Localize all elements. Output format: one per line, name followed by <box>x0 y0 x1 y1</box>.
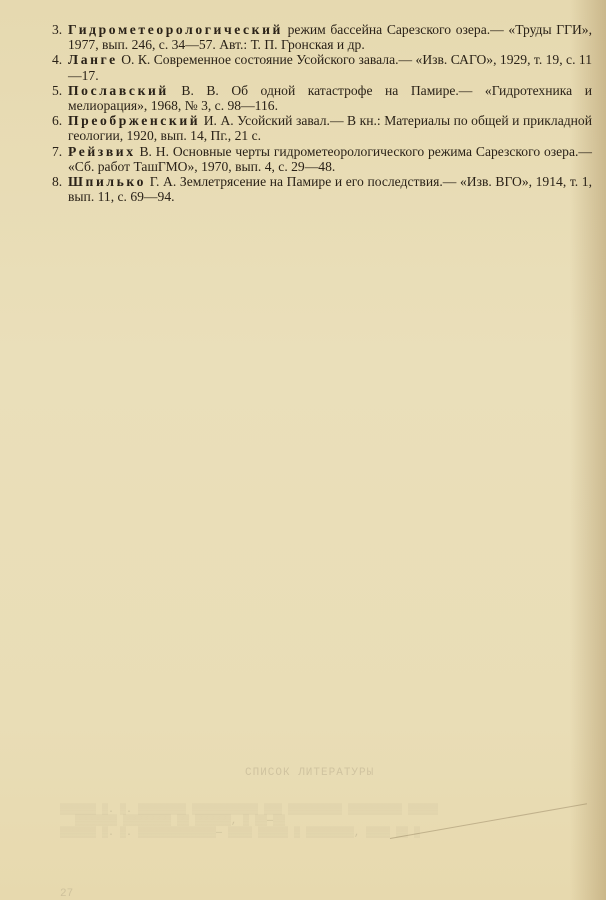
reference-author: Шпилько <box>68 174 146 189</box>
reference-item: 8. Шпилько Г. А. Землетрясение на Памире… <box>52 174 592 204</box>
bleedthrough-line: ▒▒▒▒▒▒ ▒. ▒. ▒▒▒▒▒▒▒▒ ▒▒▒▒▒▒▒▒▒▒▒ ▒▒▒ ▒▒… <box>60 805 438 816</box>
reference-text: О. К. Современное состояние Усойского за… <box>68 52 592 82</box>
reference-item: 7. Рейзвих В. Н. Основные черты гидромет… <box>52 144 592 174</box>
reference-number: 7. <box>52 144 62 159</box>
reference-item: 5. Пославский В. В. Об одной катастрофе … <box>52 83 592 113</box>
reference-author: Рейзвих <box>68 144 136 159</box>
scanned-page: 3. Гидрометеорологический режим бассейна… <box>0 0 606 900</box>
reference-item: 4. Ланге О. К. Современное состояние Усо… <box>52 52 592 82</box>
reference-item: 6. Преобрженский И. А. Усойский завал.— … <box>52 113 592 143</box>
bleedthrough-line: ▒▒▒▒▒▒▒ ▒▒▒▒▒▒▒▒ ▒▒ ▒▒▒▒▒▒, ▒ ▒▒—▒▒ <box>75 816 285 827</box>
bleedthrough-title: СПИСОК ЛИТЕРАТУРЫ <box>245 767 374 779</box>
reference-author: Пославский <box>68 83 169 98</box>
reference-list: 3. Гидрометеорологический режим бассейна… <box>52 22 592 204</box>
reference-author: Преобрженский <box>68 113 200 128</box>
reference-item: 3. Гидрометеорологический режим бассейна… <box>52 22 592 52</box>
bleedthrough-line: ▒▒▒▒▒▒ ▒. ▒. ▒▒▒▒▒▒▒▒▒▒▒▒▒— ▒▒▒▒ ▒▒▒▒▒ ▒… <box>60 828 420 839</box>
reference-number: 8. <box>52 174 62 189</box>
reference-author: Гидрометеорологический <box>68 22 283 37</box>
reference-text: В. Н. Основные черты гидрометеорологичес… <box>68 144 592 174</box>
reference-number: 3. <box>52 22 62 37</box>
bleedthrough-page-number: 27 <box>60 888 73 900</box>
reference-number: 5. <box>52 83 62 98</box>
reference-number: 4. <box>52 52 62 67</box>
reference-number: 6. <box>52 113 62 128</box>
reference-author: Ланге <box>68 52 118 67</box>
reference-text: Г. А. Землетрясение на Памире и его посл… <box>68 174 592 204</box>
